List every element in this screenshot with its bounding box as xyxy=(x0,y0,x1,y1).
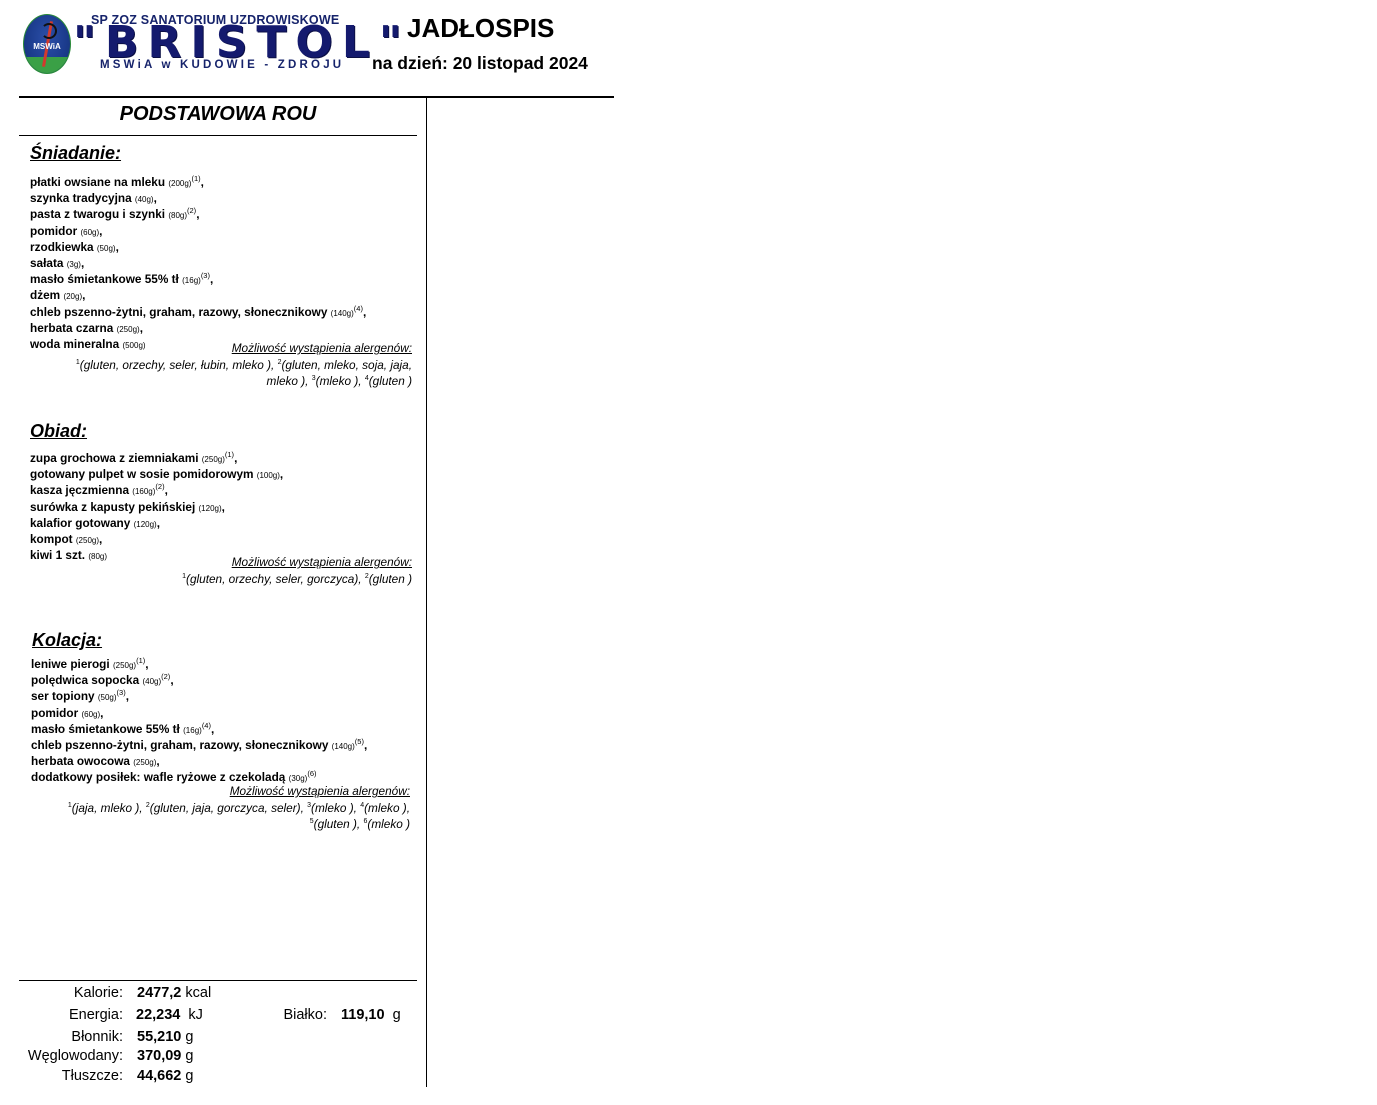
menu-item: surówka z kapusty pekińskiej (120g), xyxy=(30,500,283,516)
item-name: chleb pszenno-żytni, graham, razowy, sło… xyxy=(30,305,331,319)
menu-item: płatki owsiane na mleku (200g)(1), xyxy=(30,175,366,191)
menu-item: sałata (3g), xyxy=(30,256,366,272)
bialko-label: Białko: xyxy=(223,1005,327,1026)
mswia-logo: MSWiA xyxy=(23,14,71,74)
allergens-dinner: Możliwość wystąpienia alergenów:1(jaja, … xyxy=(28,783,410,833)
item-weight: (20g) xyxy=(63,292,82,301)
logo-snake-icon xyxy=(41,23,57,39)
item-weight: (140g) xyxy=(332,742,355,751)
allergens-breakfast: Możliwość wystąpienia alergenów:1(gluten… xyxy=(30,340,412,390)
menu-item: ser topiony (50g)(3), xyxy=(31,689,367,705)
item-name: kompot xyxy=(30,532,76,546)
tluszcze-label: Tłuszcze: xyxy=(19,1066,123,1087)
column-divider xyxy=(426,98,427,1087)
header-divider xyxy=(19,96,614,98)
menu-item: herbata owocowa (250g), xyxy=(31,754,367,770)
menu-item: pomidor (60g), xyxy=(31,706,367,722)
item-name: rzodkiewka xyxy=(30,240,97,254)
item-weight: (250g) xyxy=(133,758,156,767)
item-weight: (40g) xyxy=(142,677,161,686)
kalorie-label: Kalorie: xyxy=(19,983,123,1004)
item-name: kalafior gotowany xyxy=(30,516,134,530)
item-weight: (50g) xyxy=(97,244,116,253)
energia-label: Energia: xyxy=(19,1005,123,1026)
allergen-ref: (1) xyxy=(191,174,200,183)
item-name: pomidor xyxy=(31,706,81,720)
item-weight: (80g) xyxy=(168,211,187,220)
item-name: masło śmietankowe 55% tł xyxy=(30,272,182,286)
allergen-ref: (4) xyxy=(202,721,211,730)
allergen-ref: (5) xyxy=(355,737,364,746)
document-date: na dzień: 20 listopad 2024 xyxy=(372,53,588,74)
blonnik-label: Błonnik: xyxy=(19,1027,123,1048)
allergen-line: 1(jaja, mleko ), 2(gluten, jaja, gorczyc… xyxy=(28,800,410,817)
item-weight: (120g) xyxy=(199,504,222,513)
org-subtitle: MSWiA w KUDOWIE - ZDROJU xyxy=(100,59,344,71)
item-name: polędwica sopocka xyxy=(31,673,142,687)
kalorie-value: 2477,2 kcal xyxy=(137,983,211,1004)
energia-value: 22,234 kJ xyxy=(136,1005,203,1026)
item-name: kasza jęczmienna xyxy=(30,483,132,497)
item-weight: (120g) xyxy=(134,520,157,529)
weglowodany-label: Węglowodany: xyxy=(15,1046,123,1067)
item-name: surówka z kapusty pekińskiej xyxy=(30,500,199,514)
logo-text: MSWiA xyxy=(24,42,70,51)
item-weight: (250g) xyxy=(76,536,99,545)
allergen-ref: (1) xyxy=(136,656,145,665)
nutrition-divider xyxy=(19,980,417,981)
allergen-ref: (2) xyxy=(155,482,164,491)
item-weight: (60g) xyxy=(80,228,99,237)
menu-item: dżem (20g), xyxy=(30,288,366,304)
diet-title: PODSTAWOWA ROU xyxy=(19,103,417,126)
item-weight: (250g) xyxy=(202,455,225,464)
menu-item: chleb pszenno-żytni, graham, razowy, sło… xyxy=(30,305,366,321)
item-weight: (140g) xyxy=(331,309,354,318)
item-name: dżem xyxy=(30,288,63,302)
allergen-line: 5(gluten ), 6(mleko ) xyxy=(28,816,410,833)
allergen-line: mleko ), 3(mleko ), 4(gluten ) xyxy=(30,373,412,390)
menu-item: kompot (250g), xyxy=(30,532,283,548)
menu-item: masło śmietankowe 55% tł (16g)(4), xyxy=(31,722,367,738)
diet-title-divider xyxy=(19,135,417,136)
menu-item: kasza jęczmienna (160g)(2), xyxy=(30,483,283,499)
item-weight: (160g) xyxy=(132,487,155,496)
menu-item: rzodkiewka (50g), xyxy=(30,240,366,256)
document-title: JADŁOSPIS xyxy=(407,13,554,44)
item-name: zupa grochowa z ziemniakami xyxy=(30,451,202,465)
item-name: masło śmietankowe 55% tł xyxy=(31,722,183,736)
allergen-line: 1(gluten, orzechy, seler, gorczyca), 2(g… xyxy=(30,571,412,588)
item-name: herbata czarna xyxy=(30,321,117,335)
meal-items-lunch: zupa grochowa z ziemniakami (250g)(1),go… xyxy=(30,451,283,564)
item-name: płatki owsiane na mleku xyxy=(30,175,168,189)
meal-heading-lunch: Obiad: xyxy=(30,421,87,442)
item-weight: (100g) xyxy=(257,471,280,480)
allergen-line: 1(gluten, orzechy, seler, łubin, mleko )… xyxy=(30,357,412,374)
item-name: pasta z twarogu i szynki xyxy=(30,207,168,221)
allergen-ref: (2) xyxy=(187,206,196,215)
allergen-label: Możliwość wystąpienia alergenów: xyxy=(30,340,412,357)
meal-heading-breakfast: Śniadanie: xyxy=(30,143,121,164)
menu-item: szynka tradycyjna (40g), xyxy=(30,191,366,207)
item-weight: (250g) xyxy=(113,661,136,670)
item-name: ser topiony xyxy=(31,689,98,703)
meal-items-breakfast: płatki owsiane na mleku (200g)(1),szynka… xyxy=(30,175,366,353)
allergens-lunch: Możliwość wystąpienia alergenów:1(gluten… xyxy=(30,554,412,587)
menu-item: leniwe pierogi (250g)(1), xyxy=(31,657,367,673)
allergen-ref: (4) xyxy=(354,304,363,313)
allergen-label: Możliwość wystąpienia alergenów: xyxy=(30,554,412,571)
item-name: gotowany pulpet w sosie pomidorowym xyxy=(30,467,257,481)
item-weight: (200g) xyxy=(168,179,191,188)
meal-items-dinner: leniwe pierogi (250g)(1),polędwica sopoc… xyxy=(31,657,367,787)
item-name: sałata xyxy=(30,256,67,270)
bialko-value: 119,10 g xyxy=(341,1005,401,1026)
menu-item: pasta z twarogu i szynki (80g)(2), xyxy=(30,207,366,223)
allergen-ref: (1) xyxy=(225,450,234,459)
item-name: szynka tradycyjna xyxy=(30,191,135,205)
item-weight: (40g) xyxy=(135,195,154,204)
item-name: leniwe pierogi xyxy=(31,657,113,671)
meal-heading-dinner: Kolacja: xyxy=(32,630,102,651)
item-weight: (3g) xyxy=(67,260,81,269)
allergen-ref: (2) xyxy=(161,672,170,681)
menu-item: chleb pszenno-żytni, graham, razowy, sło… xyxy=(31,738,367,754)
menu-item: gotowany pulpet w sosie pomidorowym (100… xyxy=(30,467,283,483)
menu-item: herbata czarna (250g), xyxy=(30,321,366,337)
logo-laurel xyxy=(24,57,70,73)
item-name: pomidor xyxy=(30,224,80,238)
tluszcze-value: 44,662 g xyxy=(137,1066,193,1087)
item-weight: (50g) xyxy=(98,693,117,702)
item-weight: (60g) xyxy=(81,710,100,719)
allergen-ref: (6) xyxy=(307,769,316,778)
item-name: chleb pszenno-żytni, graham, razowy, sło… xyxy=(31,738,332,752)
allergen-label: Możliwość wystąpienia alergenów: xyxy=(28,783,410,800)
item-weight: (16g) xyxy=(183,726,202,735)
item-weight: (16g) xyxy=(182,276,201,285)
blonnik-value: 55,210 g xyxy=(137,1027,193,1048)
allergen-ref: (3) xyxy=(201,271,210,280)
menu-item: pomidor (60g), xyxy=(30,224,366,240)
item-name: herbata owocowa xyxy=(31,754,133,768)
weglowodany-value: 370,09 g xyxy=(137,1046,193,1067)
item-weight: (250g) xyxy=(117,325,140,334)
allergen-ref: (3) xyxy=(117,688,126,697)
menu-item: polędwica sopocka (40g)(2), xyxy=(31,673,367,689)
menu-item: masło śmietankowe 55% tł (16g)(3), xyxy=(30,272,366,288)
menu-item: zupa grochowa z ziemniakami (250g)(1), xyxy=(30,451,283,467)
menu-item: kalafior gotowany (120g), xyxy=(30,516,283,532)
